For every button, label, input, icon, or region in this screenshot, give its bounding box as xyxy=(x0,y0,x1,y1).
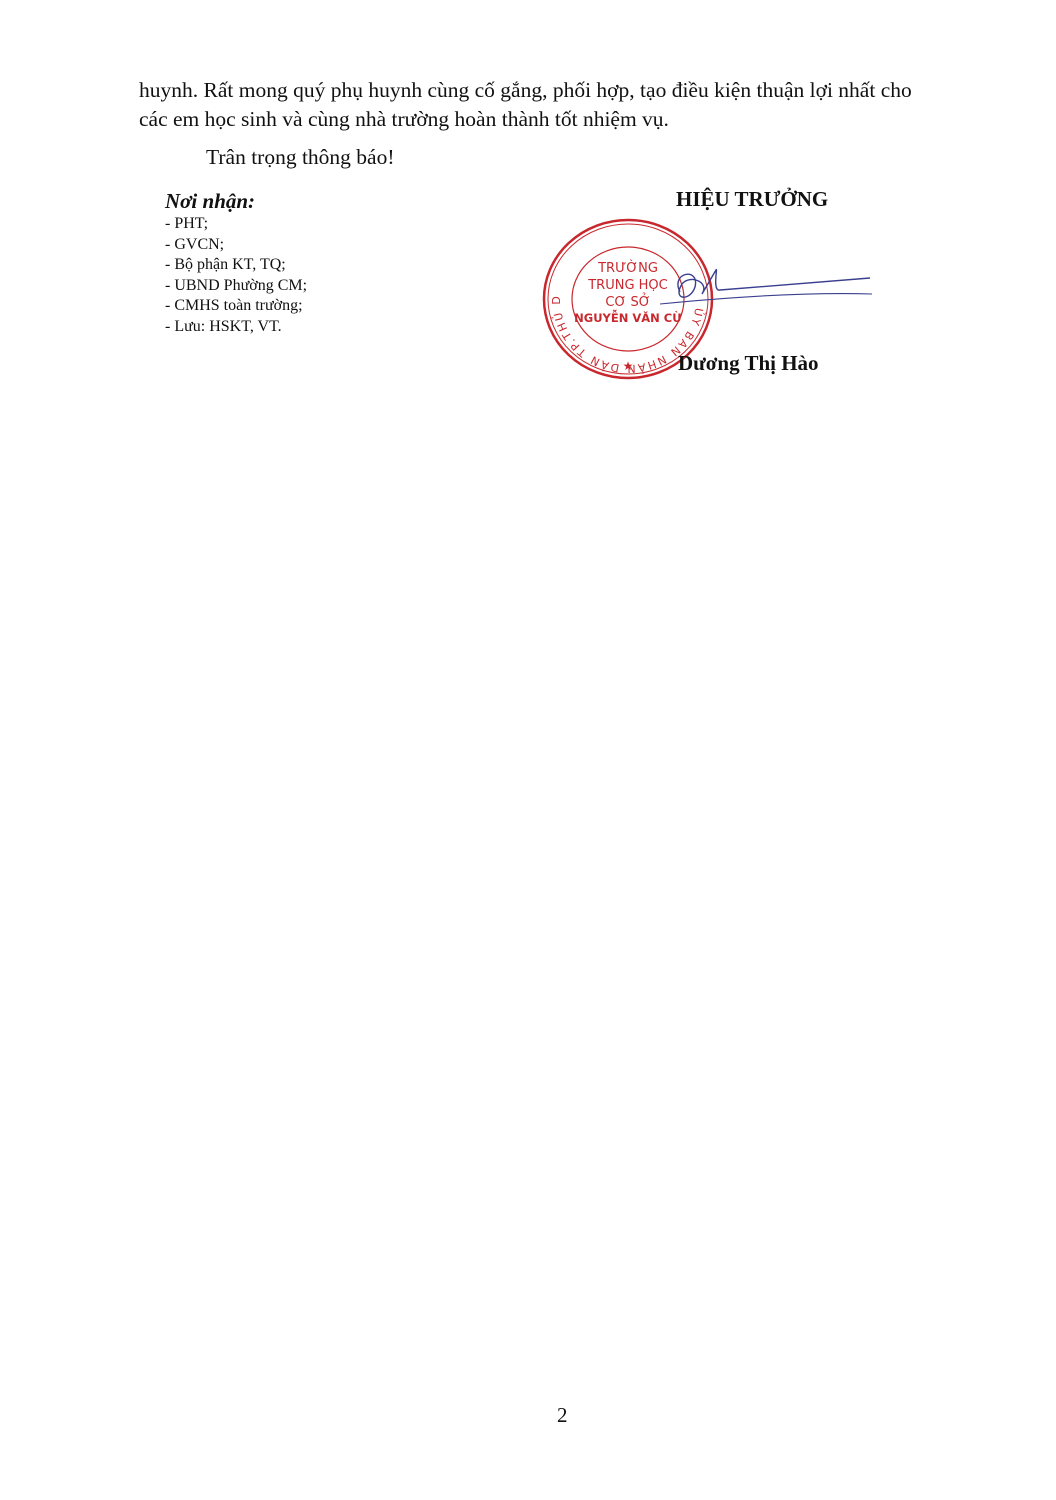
recipient-item: - UBND Phường CM; xyxy=(165,276,307,297)
recipients-title: Nơi nhận: xyxy=(165,188,307,214)
recipients-block: Nơi nhận: - PHT; - GVCN; - Bộ phận KT, T… xyxy=(165,188,307,337)
recipient-item: - GVCN; xyxy=(165,235,307,256)
recipient-item: - Lưu: HSKT, VT. xyxy=(165,317,307,338)
stamp-line-3: CƠ SỞ xyxy=(605,293,650,310)
page-number: 2 xyxy=(557,1403,568,1428)
signer-name: Dương Thị Hào xyxy=(678,351,819,376)
paragraph-line-1: huynh. Rất mong quý phụ huynh cùng cố gắ… xyxy=(139,76,999,105)
stamp-line-1: TRƯỜNG xyxy=(597,260,658,276)
recipient-item: - CMHS toàn trường; xyxy=(165,296,307,317)
handwritten-signature xyxy=(660,262,875,312)
signature-title: HIỆU TRƯỞNG xyxy=(676,187,828,212)
stamp-line-2: TRUNG HỌC xyxy=(587,278,668,293)
star-icon: ★ xyxy=(623,359,634,373)
body-paragraph: huynh. Rất mong quý phụ huynh cùng cố gắ… xyxy=(139,76,999,134)
paragraph-line-2: các em học sinh và cùng nhà trường hoàn … xyxy=(139,105,999,134)
closing-text: Trân trọng thông báo! xyxy=(206,145,395,170)
recipient-item: - Bộ phận KT, TQ; xyxy=(165,255,307,276)
recipient-item: - PHT; xyxy=(165,214,307,235)
